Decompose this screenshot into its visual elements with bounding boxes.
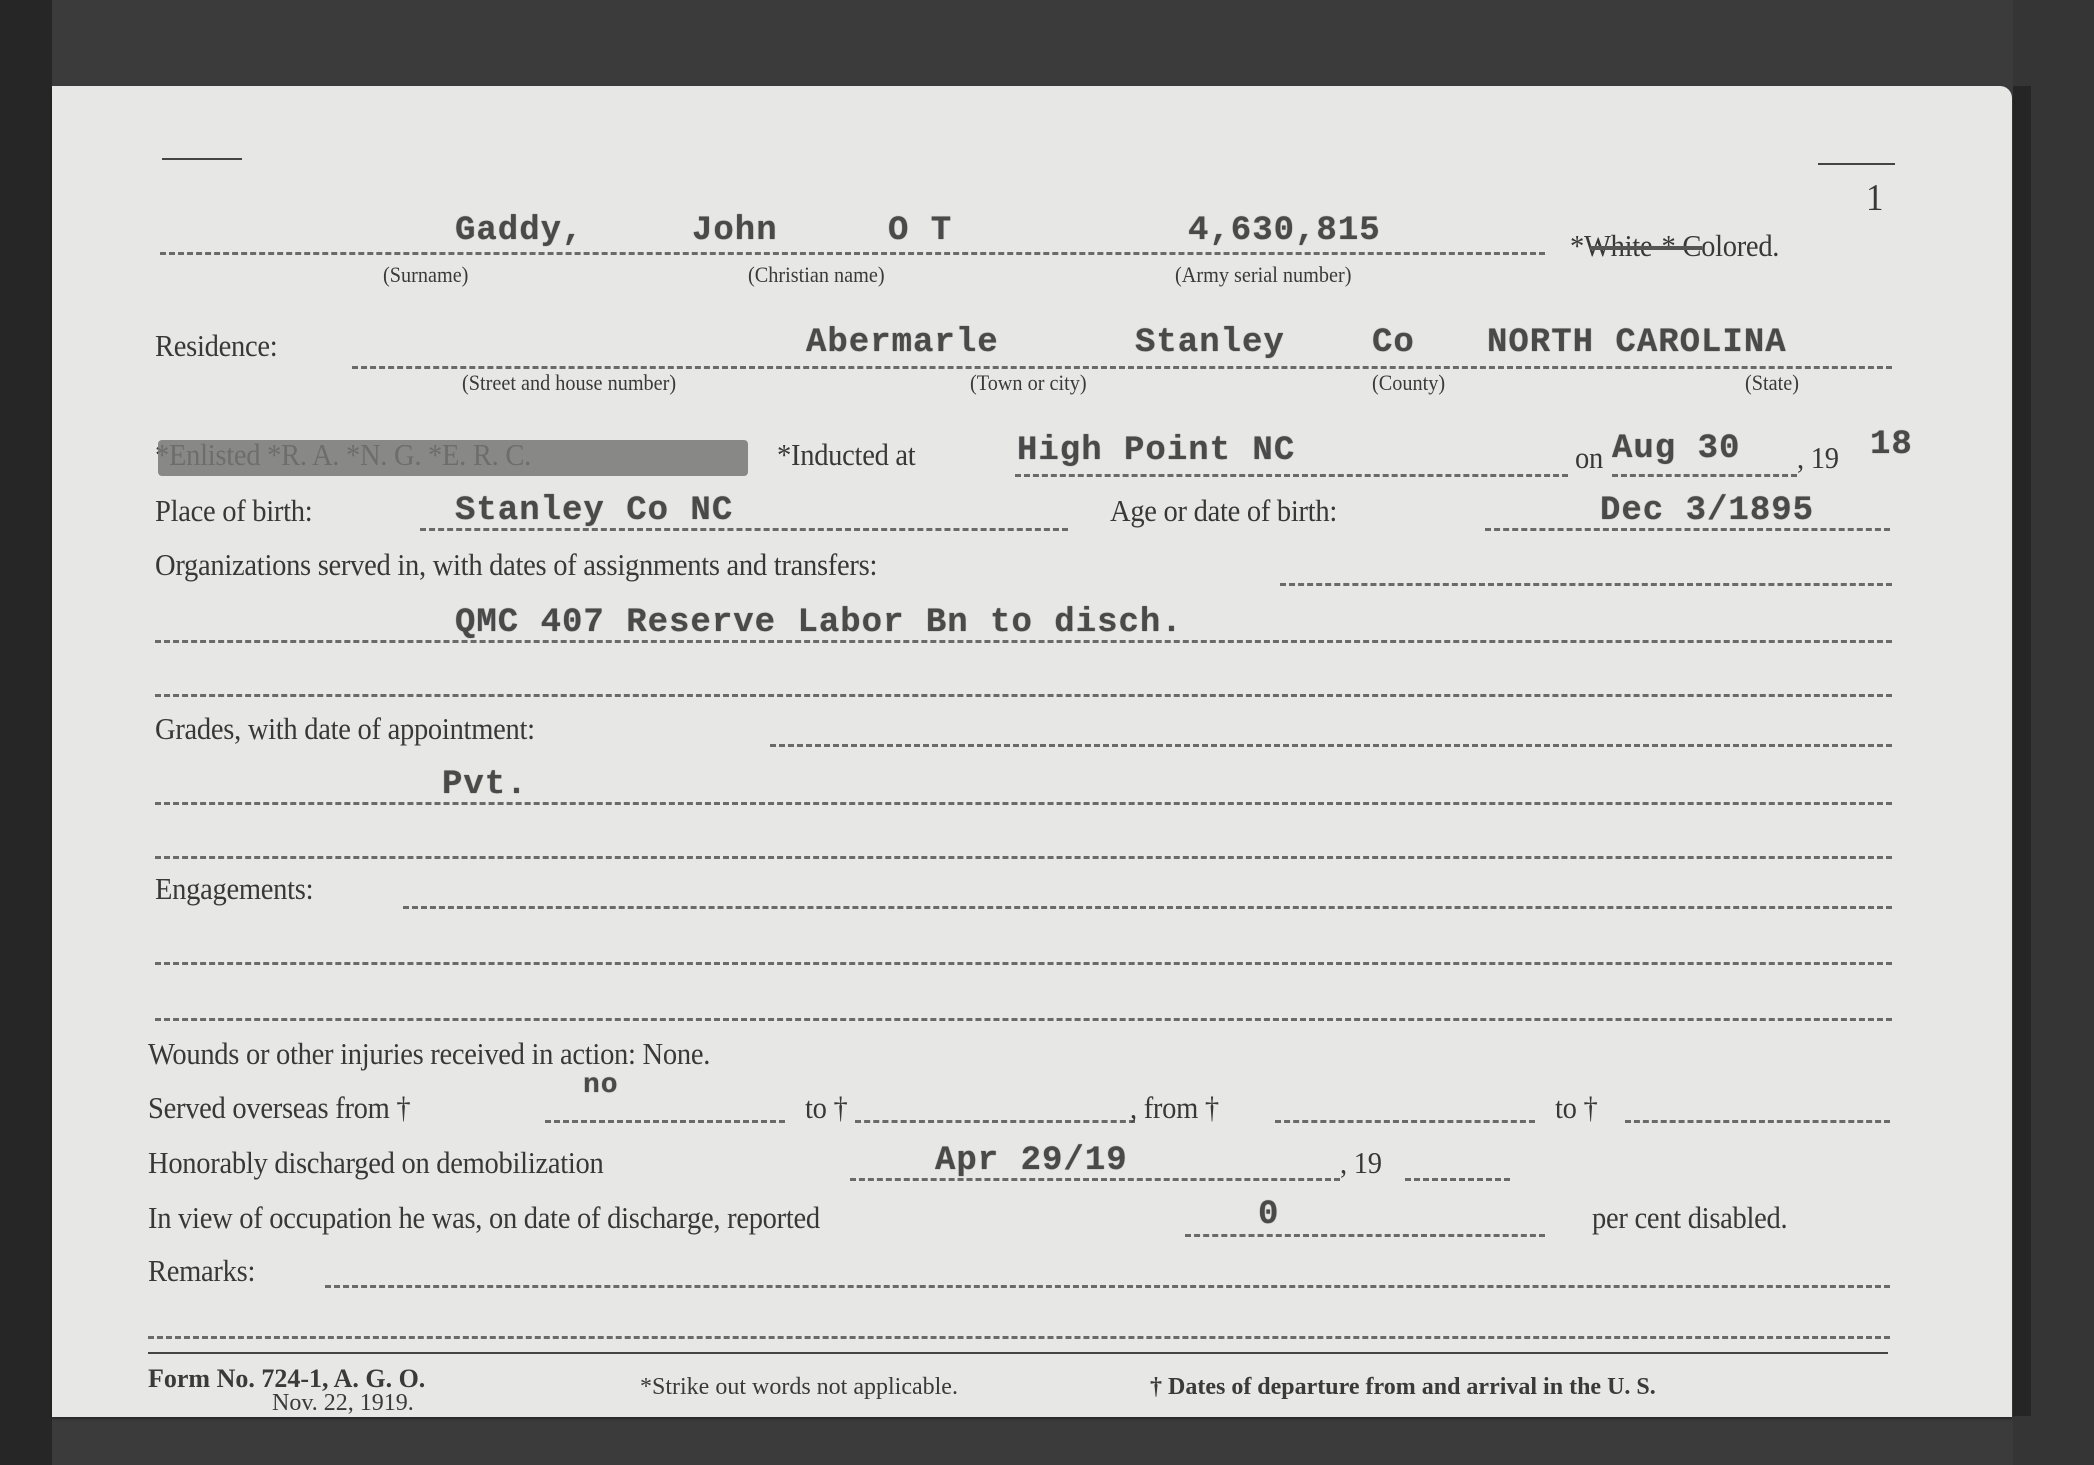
discharge-year-label: , 19: [1340, 1145, 1382, 1181]
inducted-place-line: [1015, 474, 1568, 477]
name-line: [160, 252, 1545, 255]
christian-name-label: (Christian name): [748, 262, 885, 288]
grades-line-2: [155, 802, 1892, 805]
place-of-birth-label: Place of birth:: [155, 493, 312, 529]
overseas-to-label: to †: [805, 1090, 847, 1126]
disability-suffix: per cent disabled.: [1592, 1200, 1787, 1236]
inducted-place: High Point NC: [1017, 432, 1295, 470]
strike-out-mark: [158, 440, 748, 476]
card-shadow-edge: [2013, 86, 2031, 1416]
scanner-background-left: [0, 0, 52, 1465]
surname-label: (Surname): [383, 262, 468, 288]
induction-date-line: [1612, 474, 1797, 477]
serial-number-label: (Army serial number): [1175, 262, 1351, 288]
town-label: (Town or city): [970, 370, 1087, 396]
engagements-label: Engagements:: [155, 871, 313, 907]
residence-line: [352, 366, 1892, 369]
organizations-line-1: [1280, 583, 1892, 586]
residence-town: Abermarle: [806, 324, 999, 362]
date-of-birth-label: Age or date of birth:: [1110, 493, 1337, 529]
remarks-line-2: [148, 1336, 1890, 1339]
inducted-at-label: *Inducted at: [777, 437, 915, 473]
christian-name-value: John: [692, 212, 778, 250]
top-right-mark: [1818, 163, 1895, 165]
grades-line-3: [155, 856, 1892, 859]
wounds-label: Wounds or other injuries received in act…: [148, 1036, 710, 1072]
overseas-from-label: Served overseas from †: [148, 1090, 410, 1126]
residence-county: Stanley: [1135, 324, 1285, 362]
place-of-birth-value: Stanley Co NC: [455, 492, 733, 530]
engagements-line-1: [403, 906, 1892, 909]
form-date: Nov. 22, 1919.: [272, 1390, 414, 1417]
induction-date: Aug 30: [1612, 430, 1740, 468]
induction-year: 18: [1870, 426, 1913, 464]
footer-rule: [148, 1352, 1888, 1354]
overseas-from-line: [545, 1120, 785, 1123]
remarks-label: Remarks:: [148, 1253, 255, 1289]
year-prefix: , 19: [1797, 440, 1839, 476]
grades-line-1: [770, 744, 1892, 747]
discharge-label: Honorably discharged on demobilization: [148, 1145, 604, 1181]
organizations-line-3: [155, 694, 1892, 697]
top-left-mark: [162, 158, 242, 160]
state-label: (State): [1745, 370, 1799, 396]
initials-value: O T: [888, 212, 952, 250]
overseas-from2-label: , from †: [1130, 1090, 1219, 1126]
serial-number-value: 4,630,815: [1188, 212, 1381, 250]
date-of-birth-value: Dec 3/1895: [1600, 492, 1814, 530]
engagements-line-3: [155, 1018, 1892, 1021]
organizations-value: QMC 407 Reserve Labor Bn to disch.: [455, 604, 1183, 642]
residence-state: NORTH CAROLINA: [1487, 324, 1787, 362]
footnote-dates: † Dates of departure from and arrival in…: [1150, 1374, 1656, 1401]
overseas-from-value: no: [583, 1070, 619, 1101]
page-number: 1: [1866, 176, 1883, 220]
county-label: (County): [1372, 370, 1445, 396]
grades-value: Pvt.: [442, 766, 528, 804]
overseas-to-line: [855, 1120, 1135, 1123]
discharge-date: Apr 29/19: [935, 1142, 1128, 1180]
overseas-to2-label: to †: [1555, 1090, 1597, 1126]
disability-value: 0: [1258, 1196, 1279, 1234]
race-strike-line: [1590, 246, 1702, 250]
on-label: on: [1575, 440, 1603, 476]
engagements-line-2: [155, 962, 1892, 965]
residence-label: Residence:: [155, 328, 277, 364]
street-label: (Street and house number): [462, 370, 676, 396]
remarks-line-1: [325, 1285, 1890, 1288]
disability-line: [1185, 1234, 1545, 1237]
overseas-to2-line: [1625, 1120, 1890, 1123]
organizations-label: Organizations served in, with dates of a…: [155, 547, 877, 583]
overseas-from2-line: [1275, 1120, 1535, 1123]
discharge-year-line: [1405, 1178, 1510, 1181]
surname-value: Gaddy,: [455, 212, 583, 250]
residence-county-suffix: Co: [1372, 324, 1415, 362]
footnote-strike-out: *Strike out words not applicable.: [640, 1374, 958, 1401]
grades-label: Grades, with date of appointment:: [155, 711, 535, 747]
disability-label: In view of occupation he was, on date of…: [148, 1200, 820, 1236]
